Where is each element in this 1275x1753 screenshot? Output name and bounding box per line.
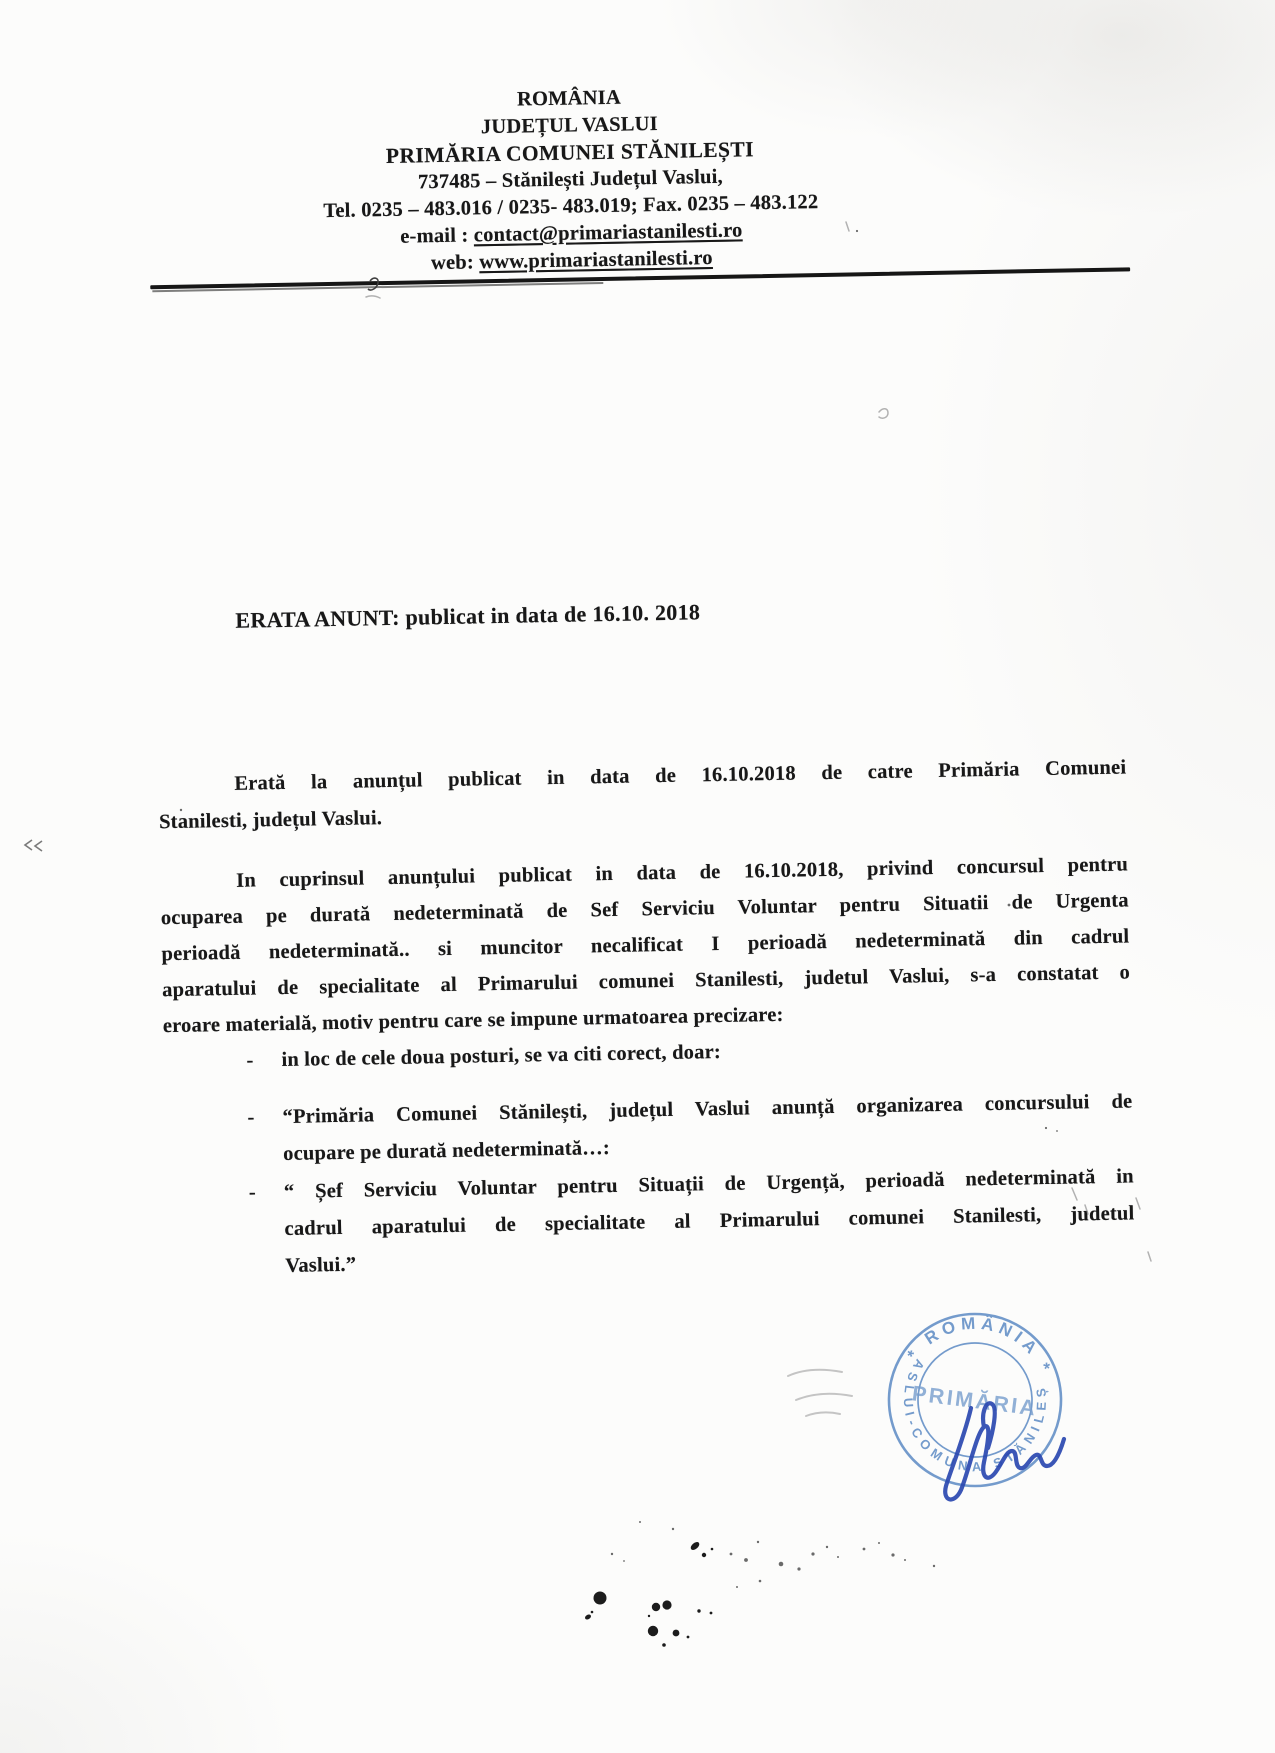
bullet-marker: - bbox=[246, 1043, 254, 1080]
email-label: e-mail : bbox=[400, 224, 474, 247]
bullet-lines: “Primăria Comunei Stănilești, județul Va… bbox=[282, 1083, 1133, 1173]
document-title: ERATA ANUNT: publicat in data de 16.10. … bbox=[235, 592, 1123, 634]
bullet-item: -“ Șef Serviciu Voluntar pentru Situații… bbox=[166, 1158, 1136, 1287]
bullet-list: -in loc de cele doua posturi, se va citi… bbox=[163, 1026, 1135, 1287]
scanned-document-page: ROMÂNIA JUDEȚUL VASLUI PRIMĂRIA COMUNEI … bbox=[0, 0, 1275, 1753]
letterhead: ROMÂNIA JUDEȚUL VASLUI PRIMĂRIA COMUNEI … bbox=[119, 77, 1022, 282]
document-body: ERATA ANUNT: publicat in data de 16.10. … bbox=[155, 592, 1135, 1288]
stamp-ring-text: VASLUI-COMUNA STĂNILEȘTI bbox=[835, 1253, 1065, 1483]
web-label: web: bbox=[431, 251, 480, 274]
bullet-lines: “ Șef Serviciu Voluntar pentru Situații … bbox=[284, 1158, 1136, 1285]
paragraphs-container: Erată la anunțul publicat in data de 16.… bbox=[158, 749, 1131, 1044]
official-round-stamp: * ROMÂNIA * VASLUI-COMUNA STĂNILEȘTI PRI… bbox=[850, 1280, 1130, 1580]
paragraph: In cuprinsul anunțului publicat in data … bbox=[160, 846, 1131, 1044]
bullet-marker: - bbox=[247, 1100, 255, 1137]
email-address: contact@primariastanilesti.ro bbox=[474, 219, 743, 246]
web-address: www.primariastanilesti.ro bbox=[479, 247, 713, 273]
stamp-center-text: PRIMĂRIA bbox=[911, 1380, 1039, 1420]
bullet-marker: - bbox=[249, 1175, 257, 1212]
paragraph: Erată la anunțul publicat in data de 16.… bbox=[158, 749, 1127, 841]
